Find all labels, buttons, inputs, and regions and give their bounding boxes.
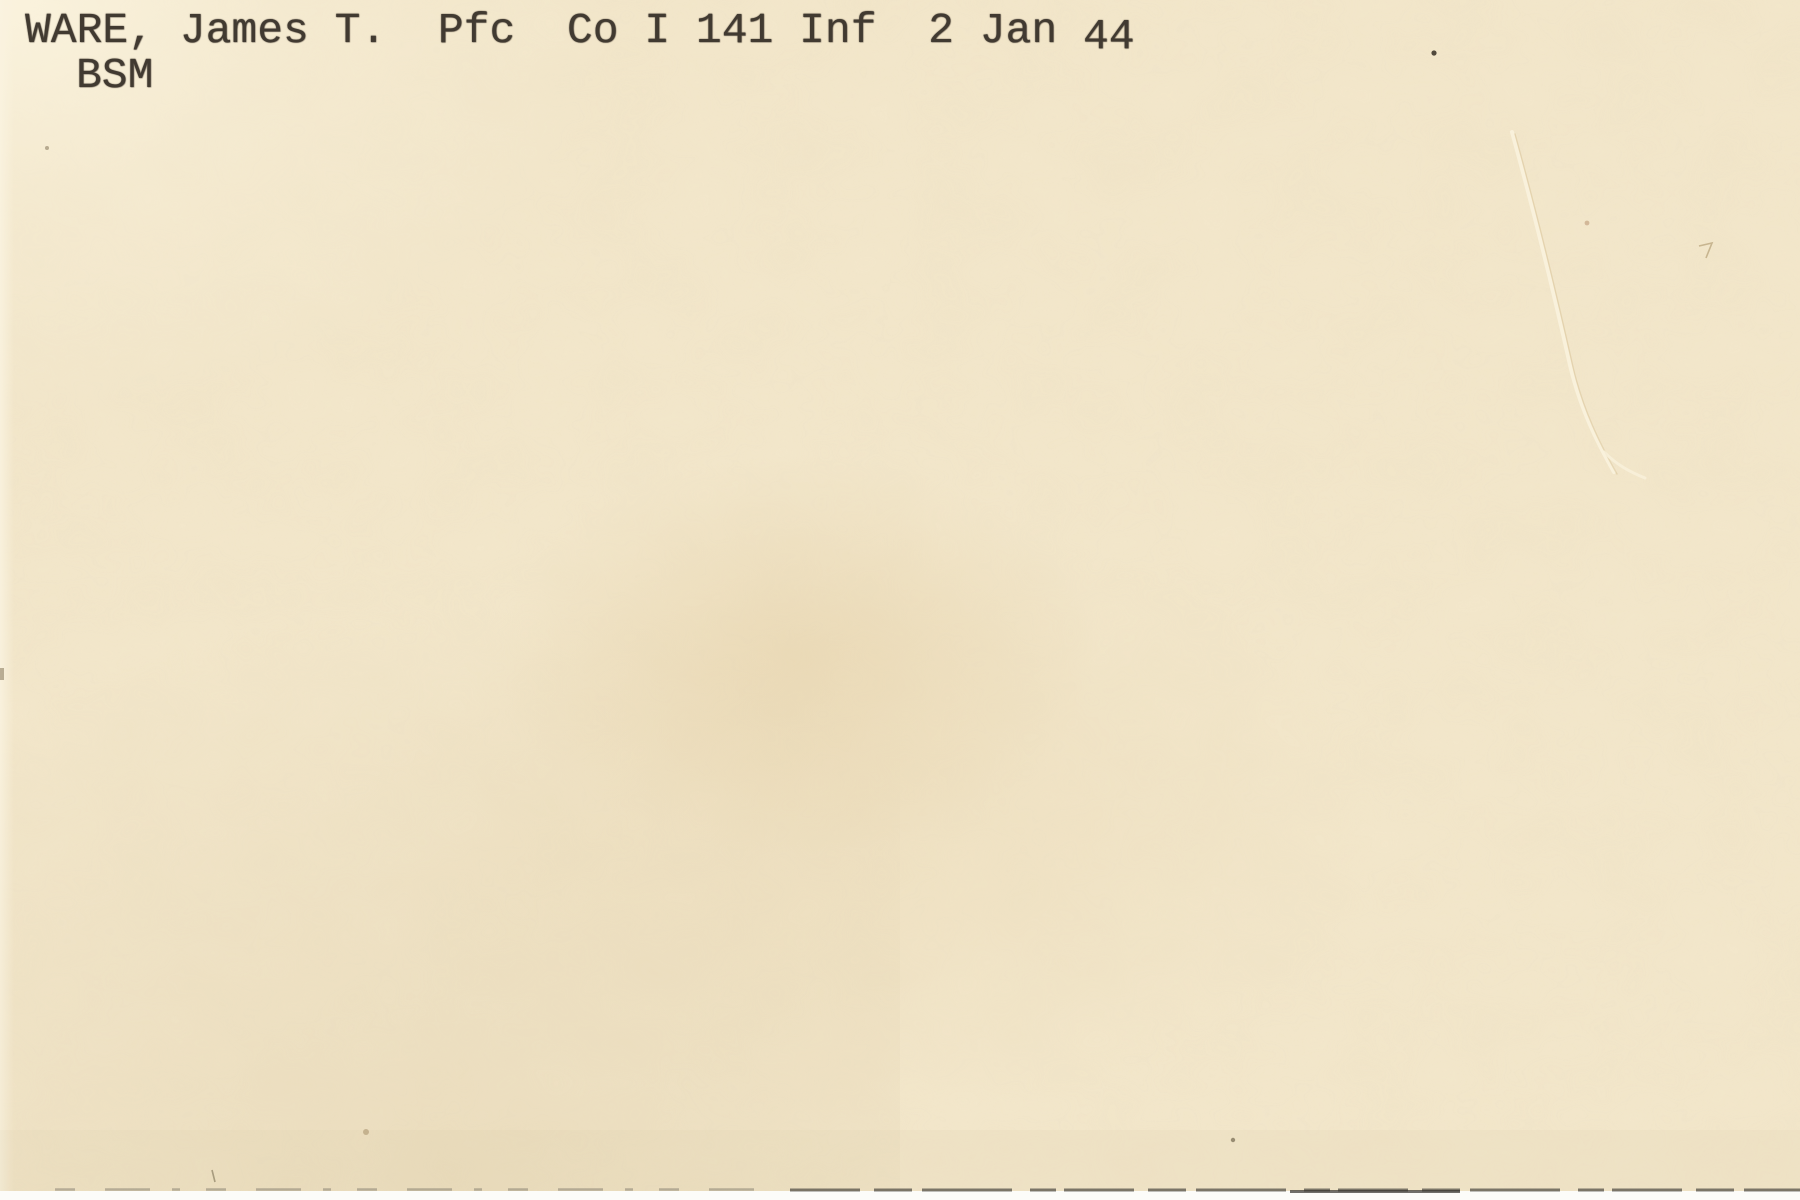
scanned-index-card: WARE, James T. Pfc Co I 141 Inf 2 Jan 44… — [0, 0, 1800, 1200]
typed-line-1: WARE, James T. Pfc Co I 141 Inf 2 Jan 44 — [25, 9, 1135, 52]
typed-line-2-bsm: BSM — [76, 54, 153, 97]
scanner-background-strip — [0, 1191, 1800, 1200]
speck-left — [45, 146, 49, 150]
bottom-left-shade — [0, 500, 900, 1191]
paper-texture-svg — [0, 0, 1800, 1200]
typed-line-1-text: WARE, James T. Pfc Co I 141 Inf 2 Jan — [25, 6, 1083, 55]
speck-crease — [1585, 221, 1590, 226]
typed-year-44: 44 — [1083, 15, 1135, 58]
bottom-shade — [0, 1130, 1800, 1191]
speck-left-edge — [0, 668, 4, 680]
speck-top-right — [1431, 50, 1436, 55]
